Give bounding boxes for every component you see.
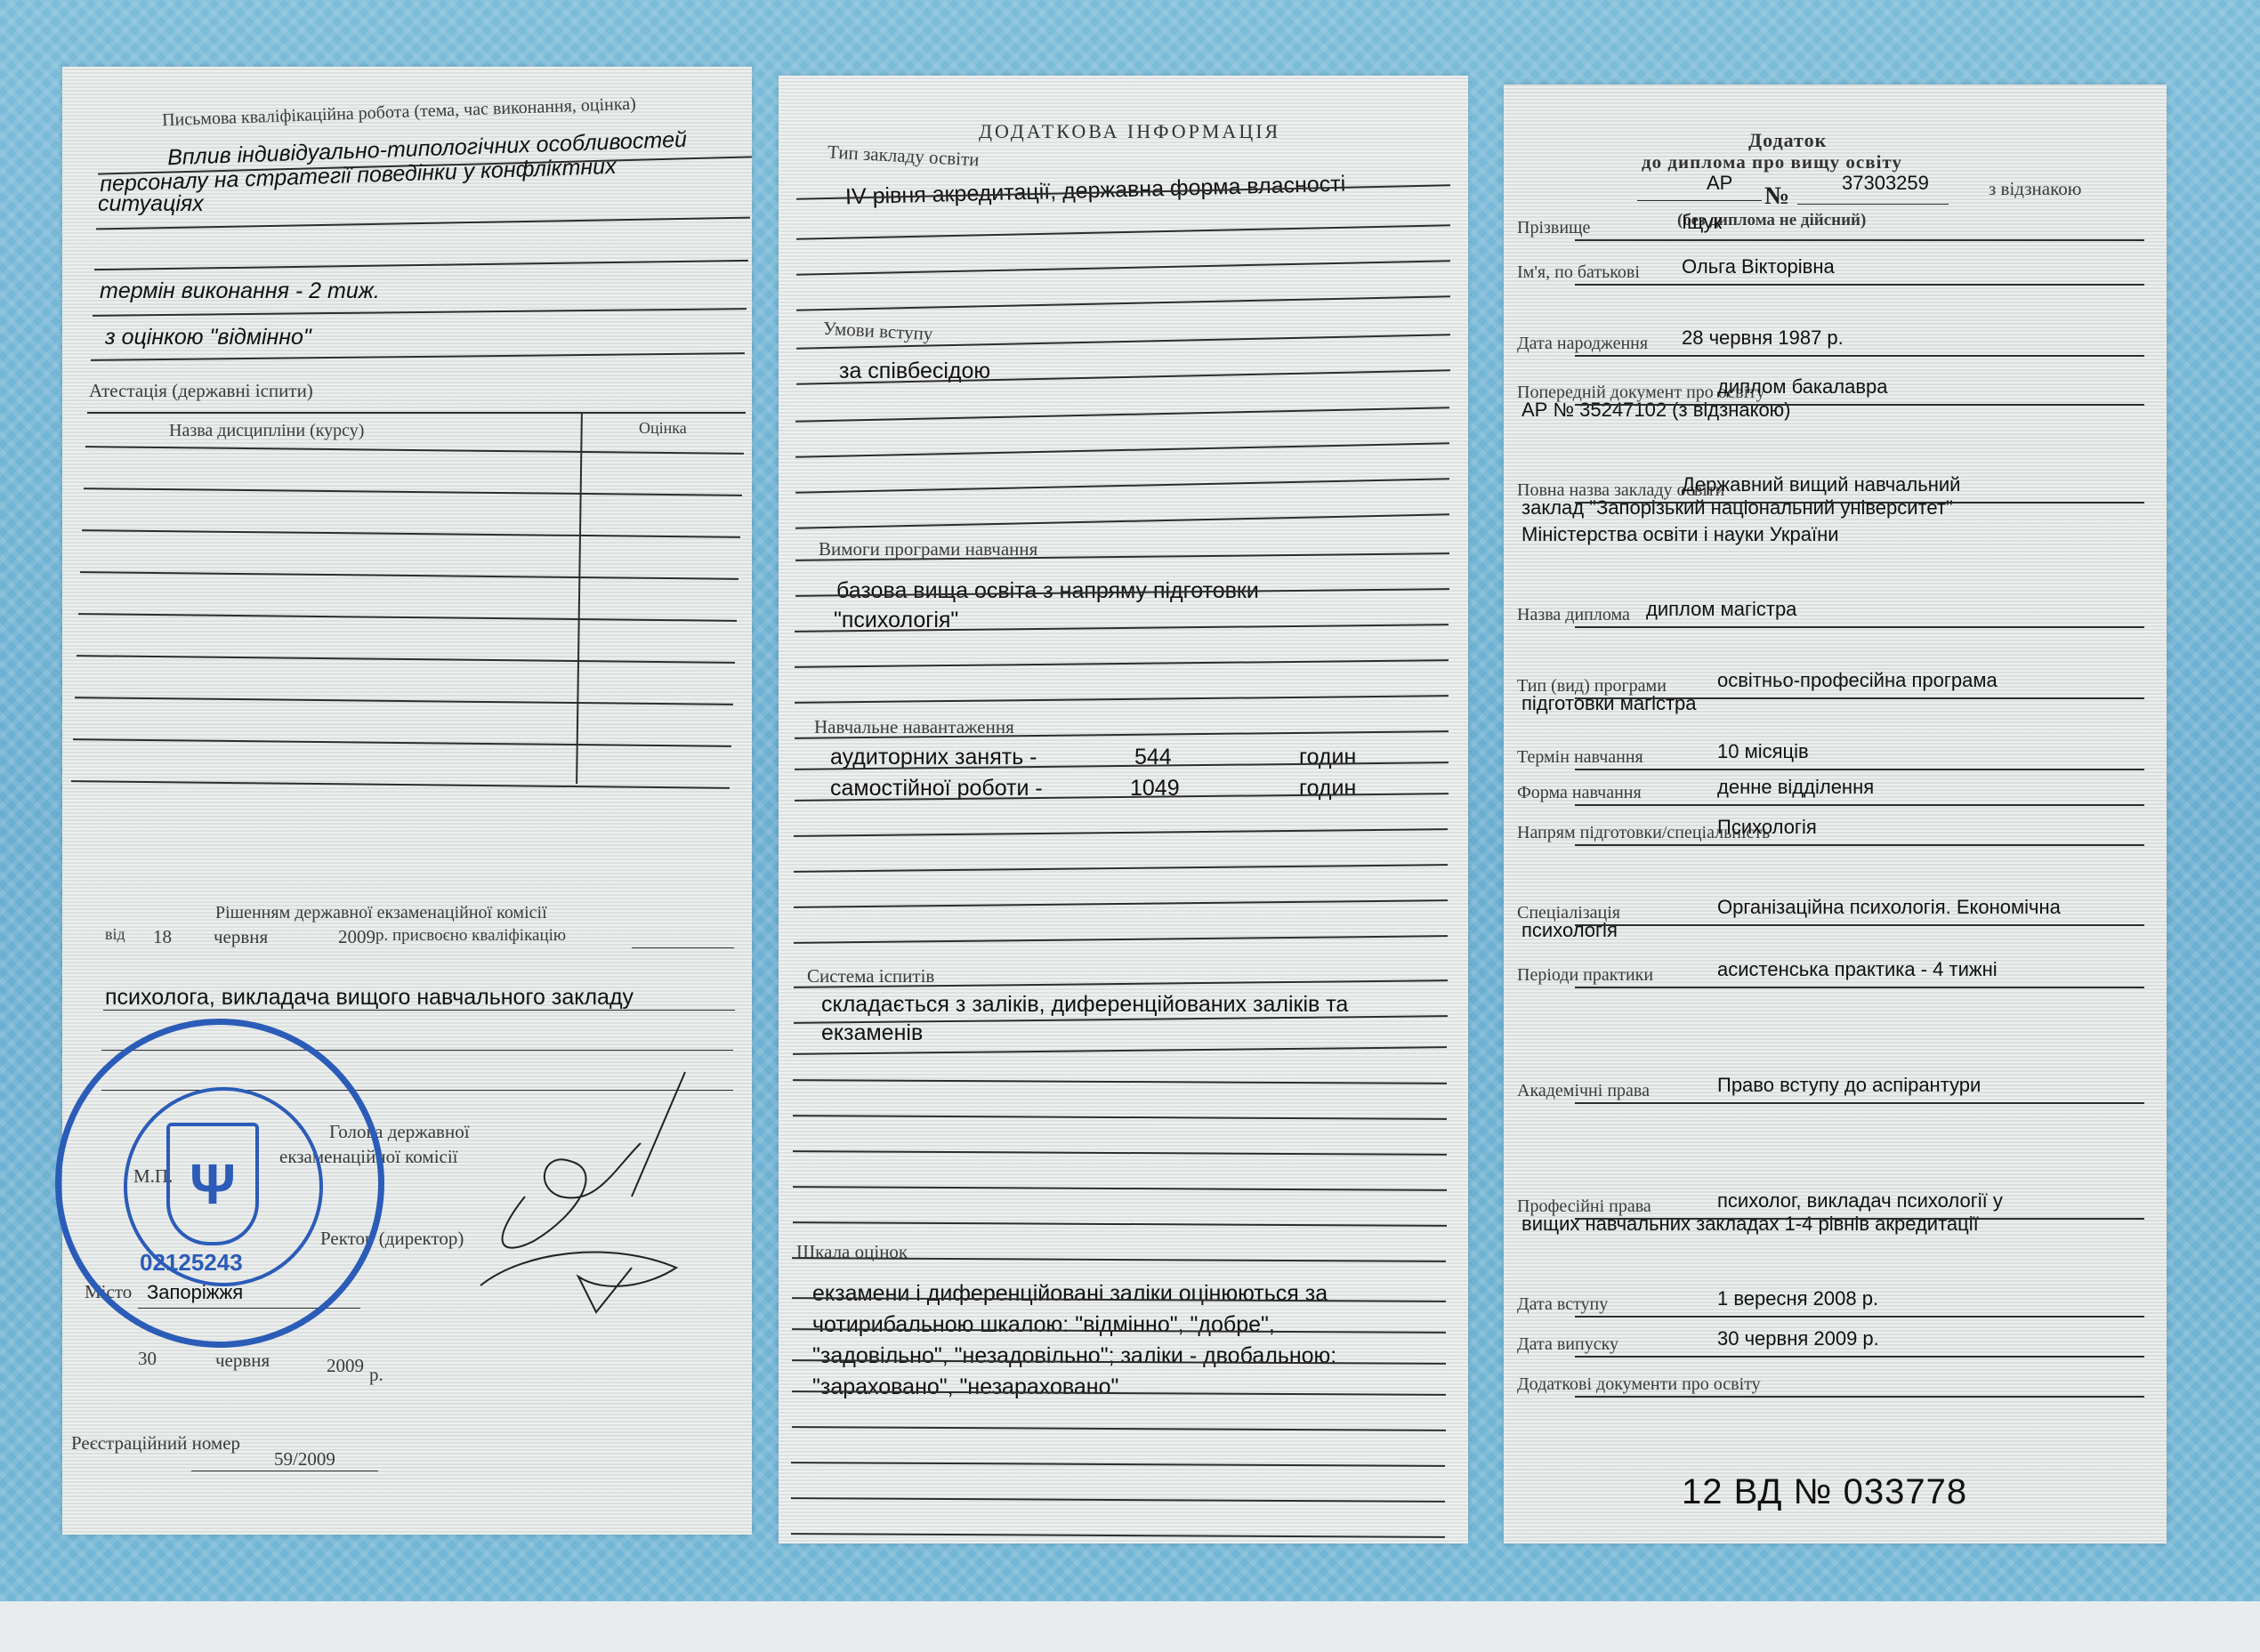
rule <box>1575 239 2144 241</box>
table-header-grade: Оцінка <box>639 419 687 438</box>
trident-emblem-icon: Ψ <box>166 1123 259 1245</box>
table-divider <box>576 412 583 784</box>
table-top-rule <box>87 412 746 414</box>
decision-day: 18 <box>153 926 172 948</box>
field-value-continued: підготовки магістра <box>1521 692 1697 715</box>
issue-year-suffix: р. <box>369 1364 383 1386</box>
workload-row-2-hours: 1049 <box>1130 776 1180 802</box>
field-value: Іщук <box>1682 211 1722 234</box>
decision-month: червня <box>214 926 268 948</box>
table-row <box>82 529 740 538</box>
rule <box>795 407 1449 422</box>
supplement-subtitle: до диплома про вищу освіту <box>1642 151 1902 173</box>
grading-label: Шкала оцінок <box>796 1241 908 1263</box>
thesis-grade: з оцінкою "відмінно" <box>105 325 311 351</box>
diploma-series: АР <box>1707 172 1732 195</box>
field-value-continued: АР № 35247102 (з відзнакою) <box>1521 399 1791 422</box>
rule <box>96 217 750 230</box>
rule <box>1797 204 1949 205</box>
field-label: Назва диплома <box>1517 605 1630 625</box>
field-value: психолог, викладач психології у <box>1717 1189 2003 1213</box>
thesis-topic-line-3: ситуаціях <box>98 191 204 217</box>
field-label: Додаткові документи про освіту <box>1517 1374 1761 1395</box>
workload-row-1-unit: годин <box>1299 745 1356 770</box>
rule <box>796 260 1450 275</box>
field-label: Прізвище <box>1517 218 1590 238</box>
table-row <box>80 571 739 580</box>
rule <box>1575 1102 2144 1104</box>
grading-line-2: чотирибальною шкалою: "відмінно", "добре… <box>812 1312 1275 1338</box>
exam-system-line-2: екзаменів <box>821 1020 923 1046</box>
rule <box>794 899 1448 907</box>
table-row <box>75 697 733 705</box>
field-value: 30 червня 2009 р. <box>1717 1327 1879 1350</box>
table-row <box>73 738 731 747</box>
field-value: 28 червня 1987 р. <box>1682 326 1844 350</box>
table-header-discipline: Назва дисципліни (курсу) <box>169 421 364 441</box>
rule <box>793 1046 1447 1054</box>
rule <box>1575 1356 2144 1358</box>
exam-system-line-1: складається з заліків, диференційованих … <box>821 992 1348 1018</box>
rule <box>791 1533 1445 1537</box>
field-value: Організаційна психологія. Економічна <box>1717 896 2061 919</box>
rule <box>1575 987 2144 988</box>
rule <box>795 659 1449 667</box>
rule <box>1575 769 2144 770</box>
field-value-continued: вищих навчальних закладах 1-4 рівнів акр… <box>1521 1213 1979 1236</box>
issue-year: 2009 <box>327 1355 364 1377</box>
left-page: Письмова кваліфікаційна робота (тема, ча… <box>62 67 752 1535</box>
rule <box>1575 284 2144 286</box>
table-row <box>77 655 735 664</box>
qualification-value: психолога, викладача вищого навчального … <box>105 985 634 1011</box>
rule <box>1575 1396 2144 1398</box>
field-label: Академічні права <box>1517 1081 1650 1101</box>
rule <box>1575 924 2144 926</box>
field-value: асистенська практика - 4 тижні <box>1717 958 1998 981</box>
rule <box>1575 355 2144 357</box>
rule <box>795 442 1449 457</box>
decision-suffix: р. присвоєно кваліфікацію <box>375 926 566 946</box>
rule <box>1575 1218 2144 1220</box>
grading-line-1: екзамени і диференційовані заліки оцінюю… <box>812 1281 1328 1307</box>
rule <box>1575 804 2144 806</box>
field-value: денне відділення <box>1717 776 1874 799</box>
rule <box>795 478 1449 493</box>
rule <box>191 1471 378 1471</box>
rule <box>794 935 1448 943</box>
issue-day: 30 <box>138 1348 157 1370</box>
rule <box>794 864 1448 872</box>
rule <box>793 1221 1447 1226</box>
field-value: освітньо-професійна програма <box>1717 669 1998 692</box>
field-label: Дата народження <box>1517 334 1648 354</box>
background-surface <box>0 1601 2260 1652</box>
middle-title: ДОДАТКОВА ІНФОРМАЦІЯ <box>979 120 1280 143</box>
right-page: Додаток до диплома про вищу освіту АР № … <box>1504 85 2167 1543</box>
rule <box>796 295 1450 310</box>
field-value: Психологія <box>1717 816 1817 839</box>
exam-system-label: Система іспитів <box>807 965 934 987</box>
rule <box>91 352 745 361</box>
supplement-title: Додаток <box>1748 129 1827 152</box>
rule <box>1637 200 1762 201</box>
field-value: Державний вищий навчальний <box>1682 473 1960 496</box>
thesis-label: Письмова кваліфікаційна робота (тема, ча… <box>162 94 636 132</box>
thesis-duration: термін виконання - 2 тиж. <box>100 278 380 304</box>
decision-label: Рішенням державної екзаменаційної комісі… <box>215 903 547 923</box>
issue-month: червня <box>215 1350 270 1372</box>
rule <box>1575 404 2144 406</box>
official-seal: Ψ 02125243 <box>55 1019 384 1348</box>
rule <box>1575 844 2144 846</box>
rule <box>1575 626 2144 628</box>
rule <box>792 1426 1446 1430</box>
rule <box>103 1010 735 1011</box>
field-value-continued: заклад "Запорізький національний універс… <box>1521 496 1953 520</box>
admission-label: Умови вступу <box>822 318 933 345</box>
grading-line-4: "зараховано", "незараховано" <box>812 1374 1118 1400</box>
field-label: Ім'я, по батькові <box>1517 262 1640 283</box>
rule <box>1575 1316 2144 1318</box>
decision-year: 2009 <box>338 926 375 948</box>
grading-line-3: "задовільно", "незадовільно"; заліки - д… <box>812 1343 1336 1369</box>
rule <box>791 1497 1445 1502</box>
table-row <box>85 446 744 455</box>
rule <box>93 308 747 317</box>
rule <box>793 1150 1447 1155</box>
number-sign: № <box>1764 182 1789 211</box>
table-row <box>78 613 737 622</box>
rule <box>794 828 1448 836</box>
field-value-continued: психологія <box>1521 919 1618 942</box>
decision-from: від <box>105 925 125 944</box>
seal-code: 02125243 <box>140 1249 243 1277</box>
field-value: Ольга Вікторівна <box>1682 255 1835 278</box>
field-label: Дата випуску <box>1517 1334 1618 1355</box>
rule <box>793 1079 1447 1084</box>
rule <box>795 695 1449 703</box>
rule <box>796 224 1450 239</box>
rule <box>1575 697 2144 699</box>
institution-type-value: IV рівня акредитації, державна форма вла… <box>845 172 1346 211</box>
chair-signature <box>472 1063 703 1330</box>
field-value: 1 вересня 2008 р. <box>1717 1287 1878 1310</box>
middle-page: ДОДАТКОВА ІНФОРМАЦІЯ Тип закладу освіти … <box>779 76 1468 1543</box>
workload-row-2-unit: годин <box>1299 776 1356 802</box>
rule <box>793 1115 1447 1119</box>
rule <box>795 513 1449 528</box>
institution-type-label: Тип закладу освіти <box>827 141 980 172</box>
rule <box>632 947 734 948</box>
field-label: Термін навчання <box>1517 747 1643 768</box>
field-value: 10 місяців <box>1717 740 1809 763</box>
rule <box>793 1186 1447 1190</box>
attestation-label: Атестація (державні іспити) <box>89 380 313 402</box>
rule <box>791 1462 1445 1466</box>
rule <box>1575 502 2144 504</box>
field-label: Дата вступу <box>1517 1294 1608 1315</box>
diploma-number: 37303259 <box>1842 172 1929 195</box>
table-row <box>84 488 742 496</box>
field-value: диплом бакалавра <box>1717 375 1888 399</box>
field-value-continued: Міністерства освіти і науки України <box>1521 523 1839 546</box>
field-label: Форма навчання <box>1517 783 1642 803</box>
field-value: диплом магістра <box>1646 598 1796 621</box>
honors-label: з відзнакою <box>1989 178 2081 200</box>
field-value: Право вступу до аспірантури <box>1717 1074 1981 1097</box>
rule <box>94 260 748 270</box>
reg-value: 59/2009 <box>274 1448 335 1471</box>
field-label: Періоди практики <box>1517 965 1653 986</box>
table-row <box>71 780 730 789</box>
reg-label: Реєстраційний номер <box>71 1432 240 1455</box>
workload-row-1-hours: 544 <box>1134 745 1172 770</box>
form-serial-number: 12 ВД № 033778 <box>1682 1472 1967 1512</box>
